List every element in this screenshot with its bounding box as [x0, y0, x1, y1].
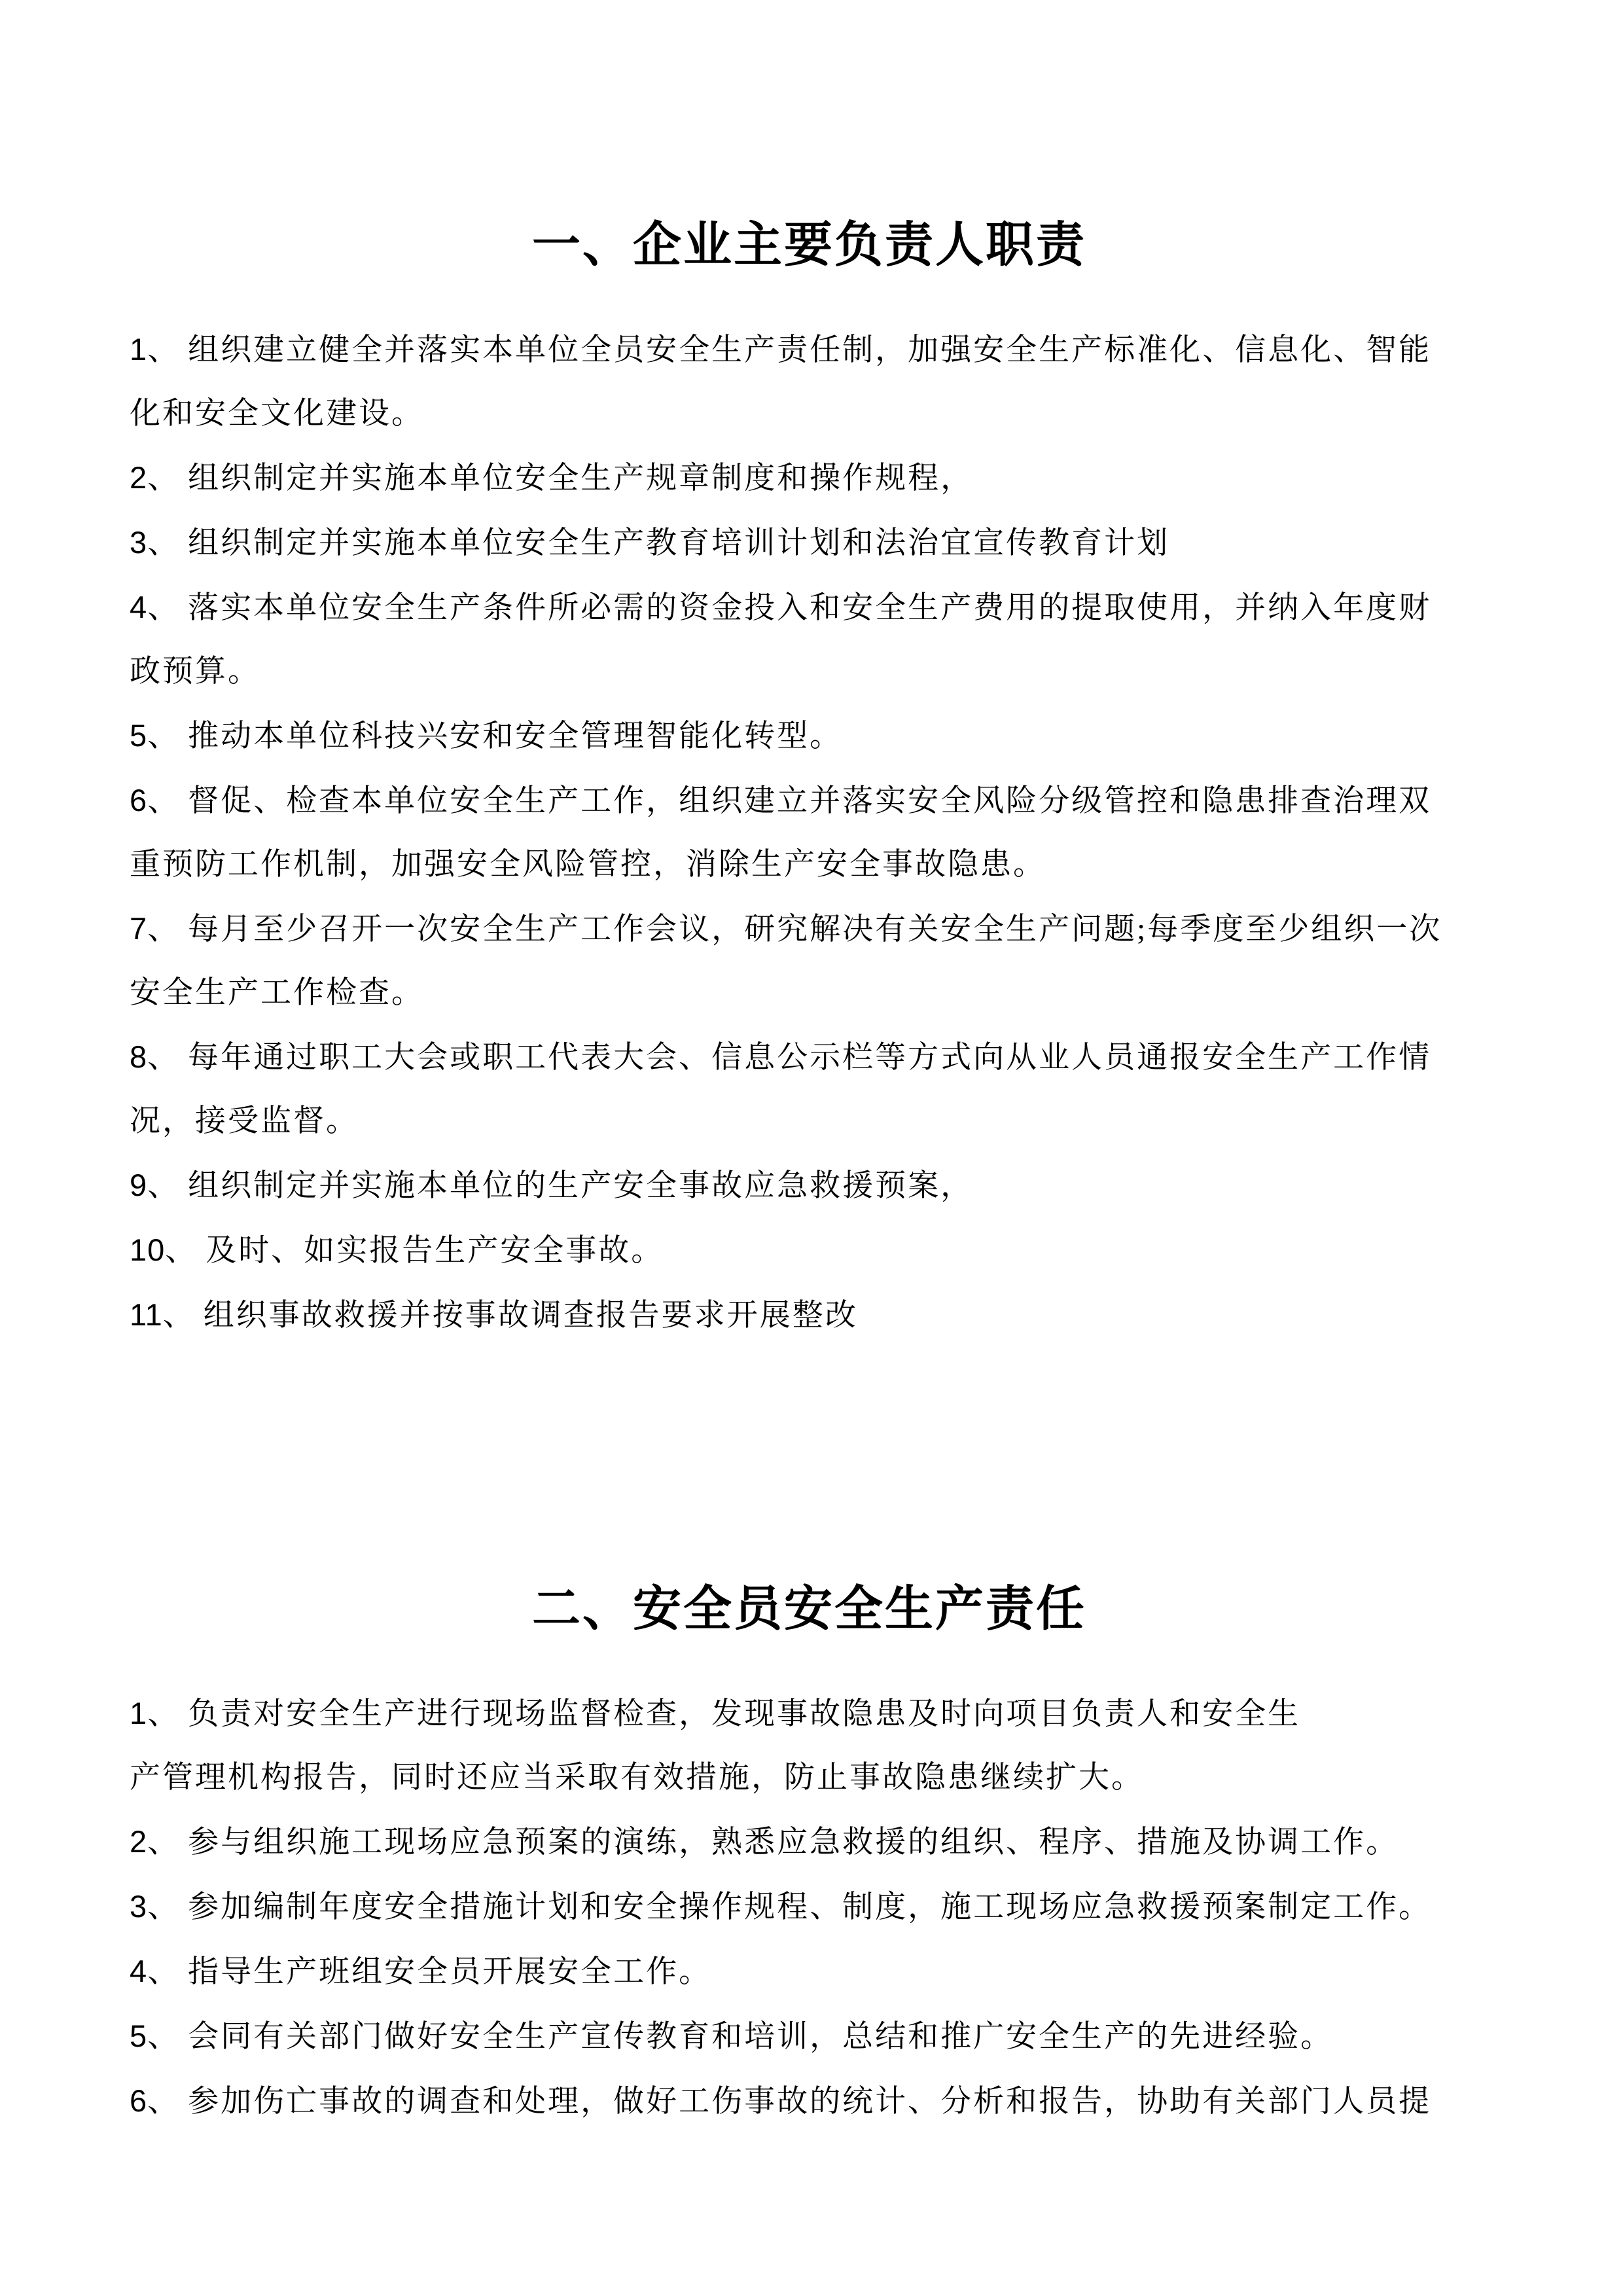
item-number: 5、 [130, 2018, 179, 2053]
text-line: 况，接受监督。 [130, 1090, 1489, 1153]
section-2-title: 二、安全员安全生产责任 [130, 1577, 1489, 1642]
item-text: 及时、如实报告生产安全事故。 [205, 1234, 664, 1268]
item-number: 6、 [130, 783, 179, 817]
item-text: 组织制定并实施本单位安全生产教育培训计划和法治宜宣传教育计划 [188, 526, 1169, 560]
item-text: 每年通过职工大会或职工代表大会、信息公示栏等方式向从业人员通报安全生产工作情 [188, 1041, 1431, 1075]
item-number: 2、 [130, 1824, 179, 1859]
text-line: 7、每月至少召开一次安全生产工作会议，研究解决有关安全生产问题;每季度至少组织一… [130, 897, 1489, 961]
item-number: 3、 [130, 525, 179, 560]
item-text: 化和安全文化建设。 [130, 397, 424, 431]
item-number: 9、 [130, 1168, 179, 1202]
text-line: 3、参加编制年度安全措施计划和安全操作规程、制度，施工现场应急救援预案制定工作。 [130, 1874, 1489, 1939]
text-line: 1、组织建立健全并落实本单位全员安全生产责任制，加强安全生产标准化、信息化、智能 [130, 317, 1489, 382]
text-line: 11、组织事故救援并按事故调查报告要求开展整改 [130, 1283, 1489, 1348]
text-line: 安全生产工作检查。 [130, 961, 1489, 1025]
text-line: 产管理机构报告，同时还应当采取有效措施，防止事故隐患继续扩大。 [130, 1746, 1489, 1810]
item-number: 11、 [130, 1297, 194, 1332]
item-text: 每月至少召开一次安全生产工作会议，研究解决有关安全生产问题;每季度至少组织一次 [188, 912, 1442, 946]
text-line: 4、落实本单位安全生产条件所必需的资金投入和安全生产费用的提取使用，并纳入年度财 [130, 575, 1489, 640]
item-text: 参与组织施工现场应急预案的演练，熟悉应急救援的组织、程序、措施及协调工作。 [188, 1825, 1399, 1859]
item-text: 组织制定并实施本单位安全生产规章制度和操作规程， [188, 461, 973, 495]
item-text: 会同有关部门做好安全生产宣传教育和培训，总结和推广安全生产的先进经验。 [188, 2020, 1333, 2054]
text-line: 2、组织制定并实施本单位安全生产规章制度和操作规程， [130, 446, 1489, 511]
item-number: 8、 [130, 1039, 179, 1074]
item-text: 重预防工作机制，加强安全风险管控，消除生产安全事故隐患。 [130, 848, 1046, 882]
text-line: 2、参与组织施工现场应急预案的演练，熟悉应急救援的组织、程序、措施及协调工作。 [130, 1810, 1489, 1874]
section-1-body: 1、组织建立健全并落实本单位全员安全生产责任制，加强安全生产标准化、信息化、智能… [130, 317, 1489, 1348]
item-text: 况，接受监督。 [130, 1104, 359, 1138]
text-line: 5、会同有关部门做好安全生产宣传教育和培训，总结和推广安全生产的先进经验。 [130, 2004, 1489, 2069]
text-line: 6、督促、检查本单位安全生产工作，组织建立并落实安全风险分级管控和隐患排查治理双 [130, 768, 1489, 833]
item-text: 督促、检查本单位安全生产工作，组织建立并落实安全风险分级管控和隐患排查治理双 [188, 784, 1431, 818]
section-1-title: 一、企业主要负责人职责 [130, 0, 1489, 278]
item-number: 7、 [130, 911, 179, 946]
text-line: 1、负责对安全生产进行现场监督检查，发现事故隐患及时向项目负责人和安全生 [130, 1681, 1489, 1746]
item-number: 2、 [130, 460, 179, 495]
item-number: 6、 [130, 2083, 179, 2118]
item-text: 组织建立健全并落实本单位全员安全生产责任制，加强安全生产标准化、信息化、智能 [188, 333, 1431, 367]
item-text: 安全生产工作检查。 [130, 976, 424, 1010]
item-number: 10、 [130, 1232, 196, 1267]
item-text: 负责对安全生产进行现场监督检查，发现事故隐患及时向项目负责人和安全生 [188, 1697, 1300, 1731]
item-text: 政预算。 [130, 655, 260, 689]
text-line: 6、参加伤亡事故的调查和处理，做好工伤事故的统计、分析和报告，协助有关部门人员提 [130, 2069, 1489, 2134]
item-text: 推动本单位科技兴安和安全管理智能化转型。 [188, 719, 842, 753]
text-line: 8、每年通过职工大会或职工代表大会、信息公示栏等方式向从业人员通报安全生产工作情 [130, 1025, 1489, 1090]
item-number: 5、 [130, 718, 179, 753]
item-text: 组织事故救援并按事故调查报告要求开展整改 [204, 1299, 858, 1333]
item-number: 4、 [130, 1954, 179, 1988]
item-text: 落实本单位安全生产条件所必需的资金投入和安全生产费用的提取使用，并纳入年度财 [188, 591, 1431, 625]
text-line: 重预防工作机制，加强安全风险管控，消除生产安全事故隐患。 [130, 833, 1489, 897]
item-number: 3、 [130, 1889, 179, 1924]
item-text: 组织制定并实施本单位的生产安全事故应急救援预案， [188, 1169, 973, 1203]
text-line: 4、指导生产班组安全员开展安全工作。 [130, 1939, 1489, 2004]
text-line: 化和安全文化建设。 [130, 382, 1489, 446]
text-line: 10、及时、如实报告生产安全事故。 [130, 1218, 1489, 1283]
section-2-body: 1、负责对安全生产进行现场监督检查，发现事故隐患及时向项目负责人和安全生 产管理… [130, 1681, 1489, 2134]
item-number: 4、 [130, 590, 179, 624]
document-page: 一、企业主要负责人职责 1、组织建立健全并落实本单位全员安全生产责任制，加强安全… [0, 0, 1623, 2296]
text-line: 9、组织制定并实施本单位的生产安全事故应急救援预案， [130, 1153, 1489, 1218]
item-text: 产管理机构报告，同时还应当采取有效措施，防止事故隐患继续扩大。 [130, 1761, 1144, 1795]
item-text: 指导生产班组安全员开展安全工作。 [188, 1955, 711, 1989]
item-number: 1、 [130, 332, 179, 367]
text-line: 5、推动本单位科技兴安和安全管理智能化转型。 [130, 704, 1489, 768]
item-text: 参加编制年度安全措施计划和安全操作规程、制度，施工现场应急救援预案制定工作。 [188, 1890, 1431, 1924]
text-line: 3、组织制定并实施本单位安全生产教育培训计划和法治宜宣传教育计划 [130, 511, 1489, 575]
item-text: 参加伤亡事故的调查和处理，做好工伤事故的统计、分析和报告，协助有关部门人员提 [188, 2085, 1431, 2119]
text-line: 政预算。 [130, 640, 1489, 704]
item-number: 1、 [130, 1696, 179, 1731]
